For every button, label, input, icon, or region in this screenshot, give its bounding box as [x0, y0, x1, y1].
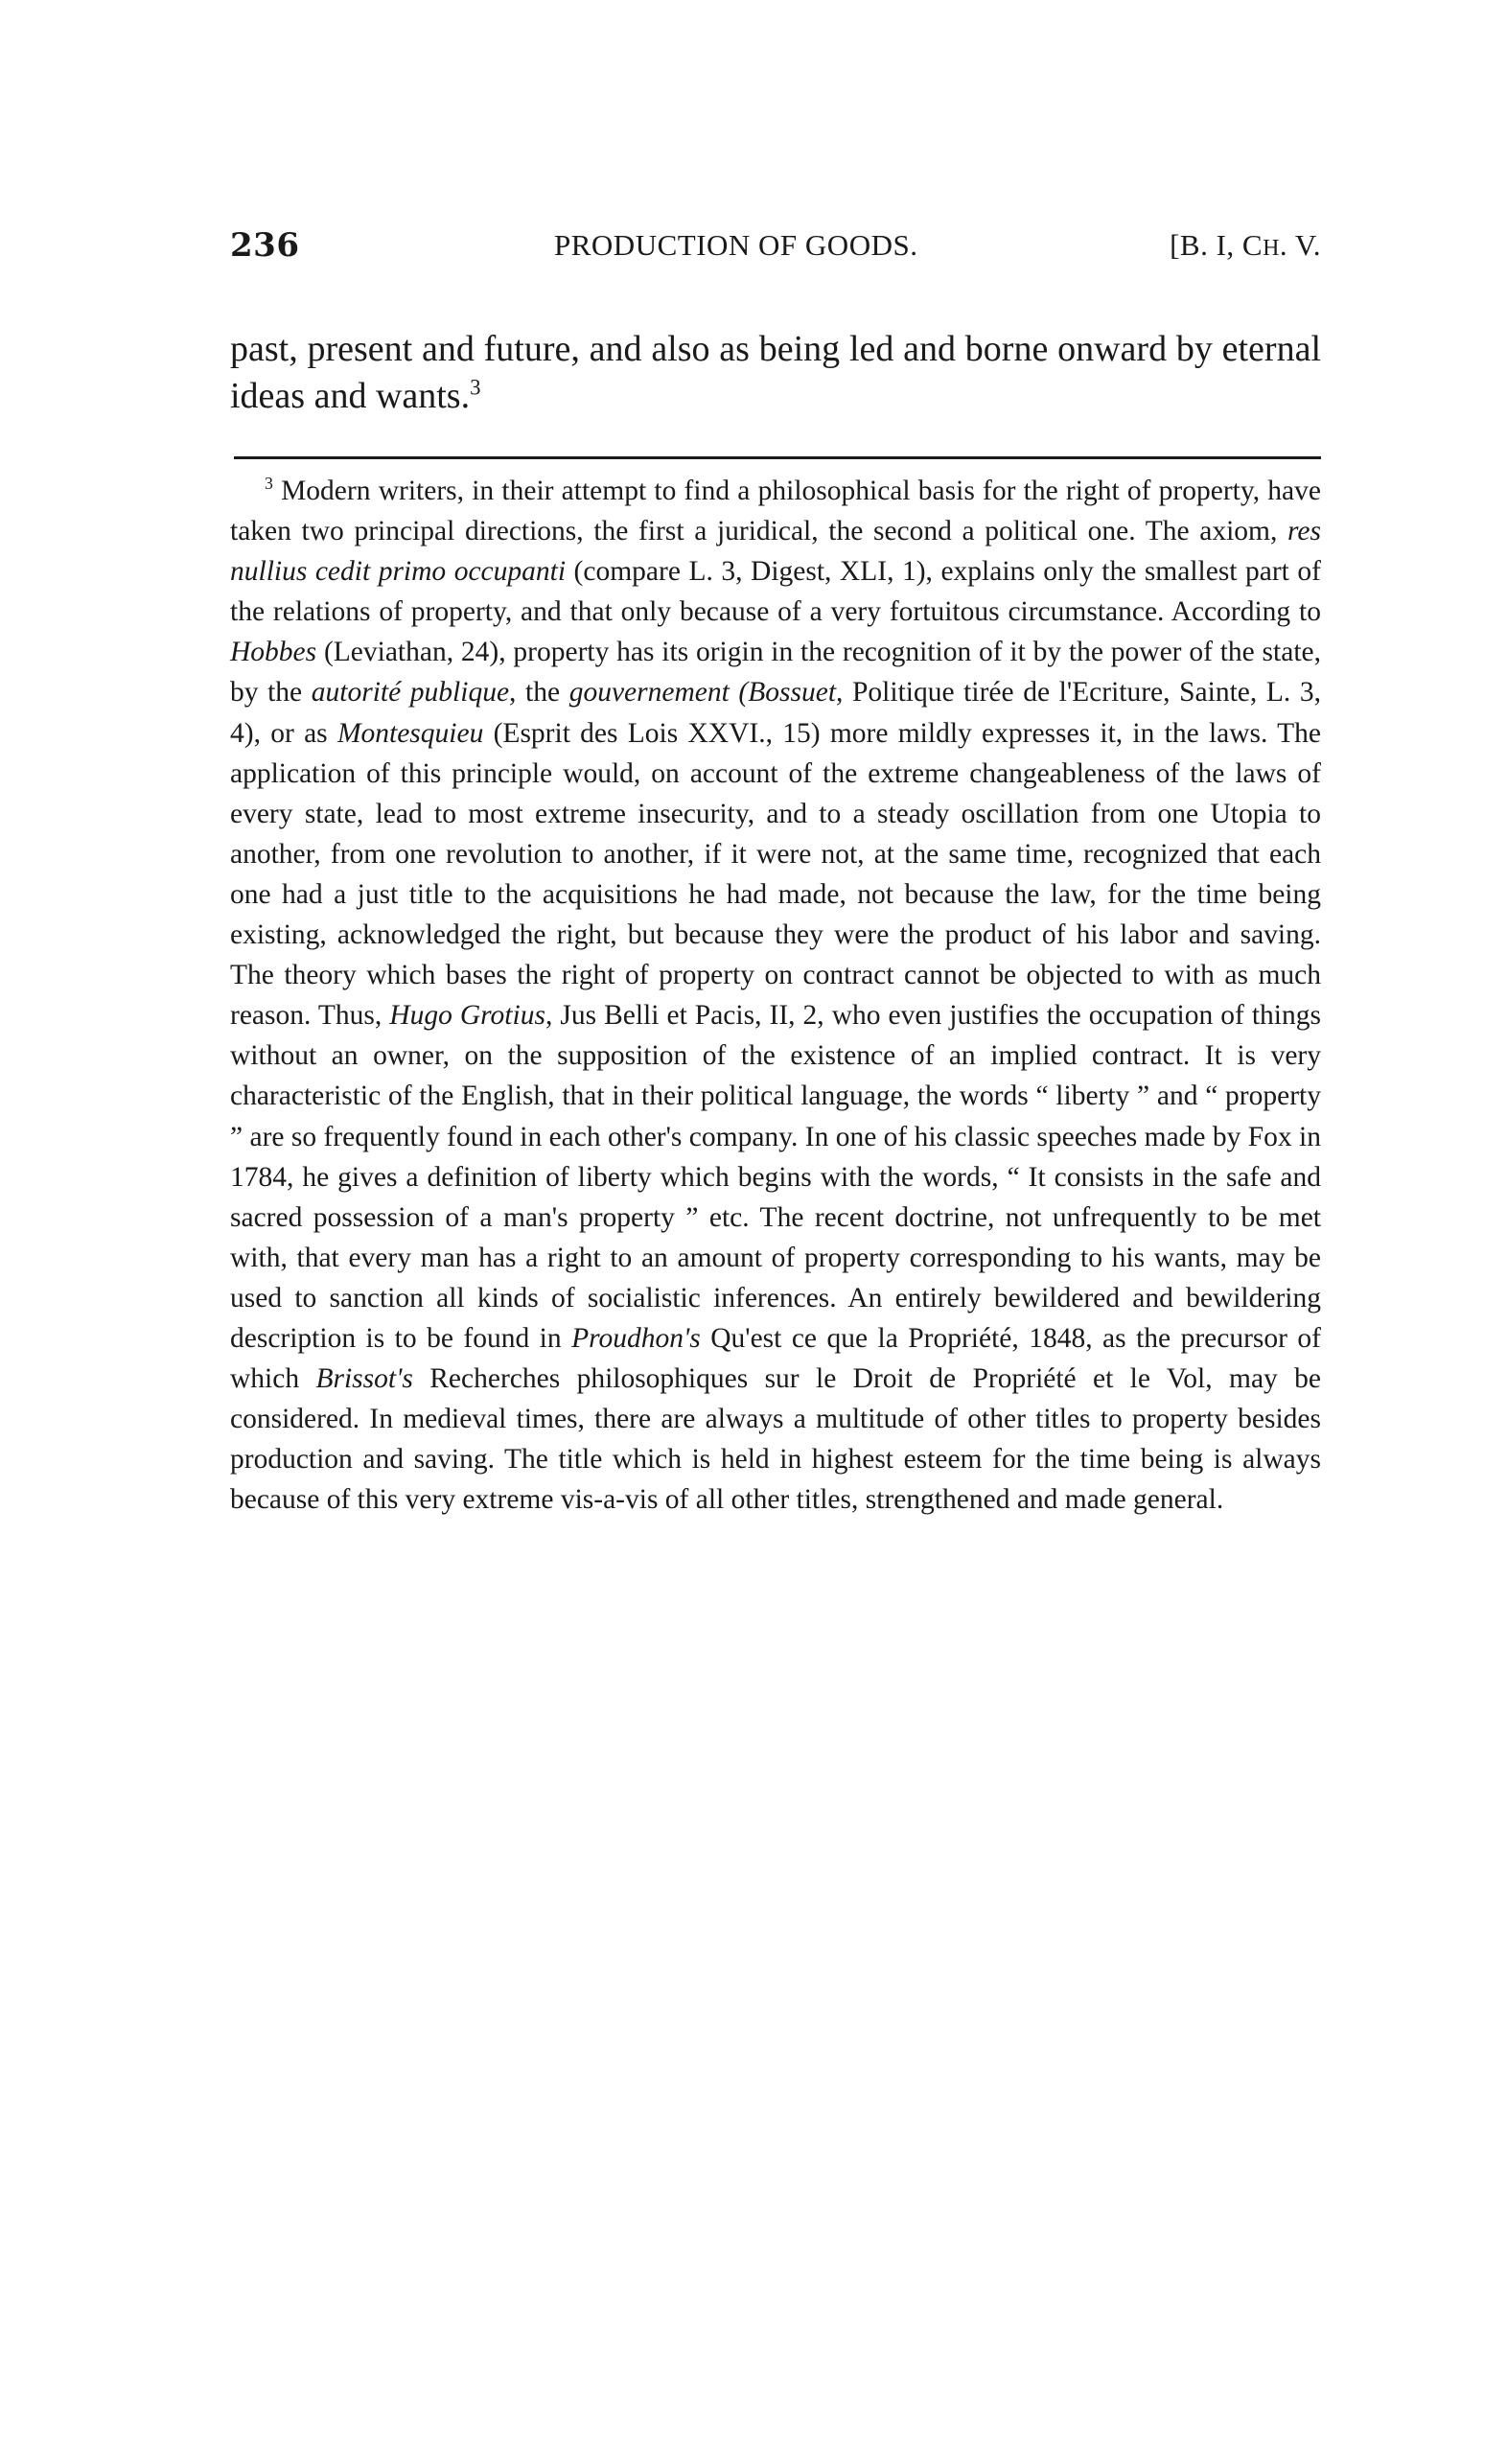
italic-citation: Montesquieu	[337, 718, 483, 749]
footnote-segment: , the	[509, 677, 569, 708]
section-prefix: [B. I, C	[1170, 228, 1263, 262]
italic-citation: autorité publique	[312, 677, 509, 708]
footnote: 3 Modern writers, in their attempt to fi…	[230, 471, 1321, 1520]
body-paragraph: past, present and future, and also as be…	[230, 326, 1321, 420]
section-reference: [B. I, CH. V.	[1170, 228, 1321, 263]
section-suffix: . V.	[1280, 228, 1321, 262]
footnote-marker: 3	[265, 474, 273, 493]
footnote-text: Modern writers, in their attempt to find…	[230, 476, 1321, 1515]
footnote-divider	[234, 456, 1321, 459]
footnote-reference: 3	[470, 375, 480, 399]
section-smallcap: H	[1263, 236, 1280, 261]
footnote-segment: (Esprit des Lois XXVI., 15) more mildly …	[230, 718, 1321, 1032]
italic-citation: Hobbes	[230, 637, 316, 667]
footnote-segment: Modern writers, in their attempt to find…	[230, 476, 1321, 546]
italic-citation: Brissot's	[315, 1363, 412, 1394]
italic-citation: Hugo Grotius	[389, 1000, 545, 1031]
body-text: past, present and future, and also as be…	[230, 329, 1321, 416]
running-head: 236 PRODUCTION OF GOODS. [B. I, CH. V.	[230, 226, 1321, 268]
page-number: 236	[230, 226, 299, 265]
italic-citation: gouvernement (Bossuet	[569, 677, 836, 708]
book-page: 236 PRODUCTION OF GOODS. [B. I, CH. V. p…	[230, 226, 1321, 1548]
running-title: PRODUCTION OF GOODS.	[554, 228, 917, 263]
italic-citation: Proudhon's	[571, 1323, 701, 1354]
footnote-segment: , Jus Belli et Pacis, II, 2, who even ju…	[230, 1000, 1321, 1354]
